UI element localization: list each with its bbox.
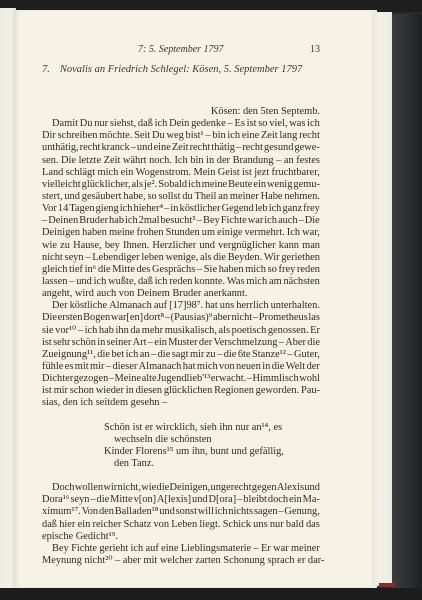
letter-heading: 7.Novalis an Friedrich Schlegel: Kösen, … xyxy=(42,64,302,75)
verse-line: Schön ist er wircklich, sieh ihn nur an¹… xyxy=(104,422,320,434)
text-line: DieerstenBogenwar[en]dort⁸–(Pausias)⁹abe… xyxy=(42,312,320,324)
text-line: Dichtergezogen–MeinealteJugendlieb'¹³erw… xyxy=(42,373,320,385)
verse-quote: Schön ist er wircklich, sieh ihn nur an¹… xyxy=(42,422,320,471)
text-line: unthätig,rechtkranck–undeineZeitrechtthä… xyxy=(42,142,320,154)
letter-title: Novalis an Friedrich Schlegel: Kösen, 5.… xyxy=(60,64,302,75)
text-line: Dirschreibenmöchte.SeitDuwegbist¹–binich… xyxy=(42,130,320,142)
text-line: nichtseyn–Lebendigerlebenwenige,alsdieBe… xyxy=(42,252,320,264)
text-line: sievor¹⁰–ichhabihndamehrmusikalisch,alsp… xyxy=(42,325,320,337)
text-line: LandschlägtmicheinWogenstrom.MeinGeistis… xyxy=(42,167,320,179)
text-line: Vor14Tagengiengichhieher⁴–inköstlicherGe… xyxy=(42,203,320,215)
text-line: Dochwollenwirnicht,wiedieDeinigen,ungere… xyxy=(42,482,320,494)
text-line: gleichtiefin⁶dieMittedesGesprächs–Siehab… xyxy=(42,264,320,276)
text-line: sias, den ich seitdem gesehn – xyxy=(42,397,320,409)
text-line: ximum¹⁷.VondenBalladen¹⁸undsonstwillichn… xyxy=(42,506,320,518)
verse-line: den Tanz. xyxy=(104,458,320,470)
verse-line: Kinder Florens¹⁵ um ihn, bunt und gefäll… xyxy=(104,446,320,458)
text-line: Meynung nicht²⁰ – aber mit welcher zarte… xyxy=(42,555,320,567)
paragraph-4: BeyFichtegeriehtichaufeineLieblingsmater… xyxy=(42,543,320,567)
text-line: angeht, wird auch von Deinem Bruder aner… xyxy=(42,288,320,300)
text-line: DamitDunursiehst,daßichDeingedenke–Esist… xyxy=(42,118,320,130)
text-line: Zueignung¹¹,diebetichan–diesagtmirzu–die… xyxy=(42,349,320,361)
text-line: epische Gedicht¹⁹. xyxy=(42,531,320,543)
text-line: fühleesmitmir–dieserAlmanachhatmichvonne… xyxy=(42,361,320,373)
letter-body: Kösen: den 5ten Septemb. DamitDunursiehs… xyxy=(42,106,320,567)
page-stack-edge xyxy=(372,12,392,586)
text-line: stert,undgesäuberthabe,sosollstduTheilan… xyxy=(42,191,320,203)
letter-number: 7. xyxy=(42,64,50,75)
text-line: sen.DieletzteZeitwährtnoch.IchbininderBr… xyxy=(42,155,320,167)
text-line: daßhiereinreicherSchatzvonLebenliegt.Sch… xyxy=(42,519,320,531)
text-line: DerköstlicheAlmanachauf[17]98⁷.hatunsher… xyxy=(42,300,320,312)
cover-corner xyxy=(379,583,395,587)
paragraph-2: DerköstlicheAlmanachauf[17]98⁷.hatunsher… xyxy=(42,300,320,409)
running-head-title: 7: 5. September 1797 xyxy=(138,44,224,55)
text-line: Dora¹⁶seyn–dieMittev[on]A[lexis]undD[ora… xyxy=(42,494,320,506)
dateline: Kösen: den 5ten Septemb. xyxy=(42,106,320,118)
text-line: wiezuHause,beyIhnen.Herzlicherundvergnüg… xyxy=(42,240,320,252)
text-line: vielleichtglücklicher,alsje².Sobaldichme… xyxy=(42,179,320,191)
text-line: –DeinenBruderhabich2malbesucht⁵–BeyFicht… xyxy=(42,215,320,227)
facing-page-edge xyxy=(0,8,16,590)
text-line: lassen–undichwußte,daßichredenkonnte.Was… xyxy=(42,276,320,288)
paragraph-1: DamitDunursiehst,daßichDeingedenke–Esist… xyxy=(42,118,320,300)
bottom-shadow xyxy=(0,588,422,600)
text-line: istmirschonwiederindiesenglücklichenRegi… xyxy=(42,385,320,397)
paragraph-3: Dochwollenwirnicht,wiedieDeinigen,ungere… xyxy=(42,482,320,543)
dateline-text: Kösen: den 5ten Septemb. xyxy=(211,106,320,118)
book-binding xyxy=(392,14,422,590)
text-line: BeyFichtegeriehtichaufeineLieblingsmater… xyxy=(42,543,320,555)
verse-line: wechseln die schönsten xyxy=(104,434,320,446)
page-number: 13 xyxy=(310,44,320,55)
text-line: DeinigenhabenmeinefrohenStundenumeinigev… xyxy=(42,227,320,239)
text-line: istsehrschöninseinerArt–einMusterderVers… xyxy=(42,337,320,349)
